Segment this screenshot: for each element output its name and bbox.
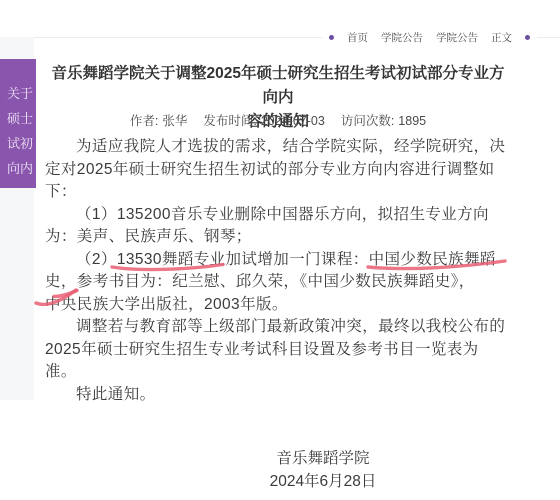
nav-item-home[interactable]: 首页	[347, 30, 368, 45]
author-value: 张华	[162, 114, 187, 128]
author-label: 作者:	[130, 114, 158, 128]
sidebar-line: 关于	[0, 81, 36, 106]
article-paragraph: 调整若与教育部等上级部门最新政策冲突，最终以我校公布的 2025年硕士研究生招生…	[45, 316, 511, 384]
article-body: 为适应我院人才选拔的需求，结合学院实际，经学院研究，决 定对2025年硕士研究生…	[45, 136, 511, 406]
nav-item-college-announcements-2[interactable]: 学院公告	[436, 30, 478, 45]
published-label: 发布时间:	[203, 114, 256, 128]
article-signature: 音乐舞蹈学院 2024年6月28日	[240, 447, 406, 493]
article-paragraph: （2）13530舞蹈专业加试增加一门课程：中国少数民族舞蹈 史，参考书目为：纪兰…	[45, 249, 511, 317]
signature-org: 音乐舞蹈学院	[240, 447, 406, 470]
views-value: 1895	[398, 114, 426, 128]
bullet-dot-icon	[329, 35, 334, 40]
sidebar-line: 向内	[0, 156, 36, 181]
article-paragraph: 为适应我院人才选拔的需求，结合学院实际，经学院研究，决 定对2025年硕士研究生…	[45, 136, 511, 204]
views-label: 访问次数:	[341, 114, 394, 128]
article-paragraph: 特此通知。	[45, 384, 511, 407]
published-value: 2024-07-03	[261, 114, 325, 128]
signature-date: 2024年6月28日	[240, 470, 406, 493]
breadcrumb: 首页 学院公告 学院公告 正文	[322, 28, 537, 47]
article-paragraph: （1）135200音乐专业删除中国器乐方向，拟招生专业方向 为：美声、民族声乐、…	[45, 204, 511, 249]
bullet-dot-icon	[525, 35, 530, 40]
nav-item-college-announcements-1[interactable]: 学院公告	[381, 30, 423, 45]
article-meta: 作者:张华发布时间:2024-07-03访问次数:1895	[45, 111, 511, 129]
nav-item-current-article[interactable]: 正文	[491, 30, 512, 45]
sidebar-line: 试初	[0, 131, 36, 156]
sidebar-line: 硕士	[0, 106, 36, 131]
page: 首页 学院公告 学院公告 正文 关于 硕士 试初 向内 音乐舞蹈学院关于调整20…	[0, 0, 560, 500]
sidebar-active-item[interactable]: 关于 硕士 试初 向内	[0, 59, 36, 188]
